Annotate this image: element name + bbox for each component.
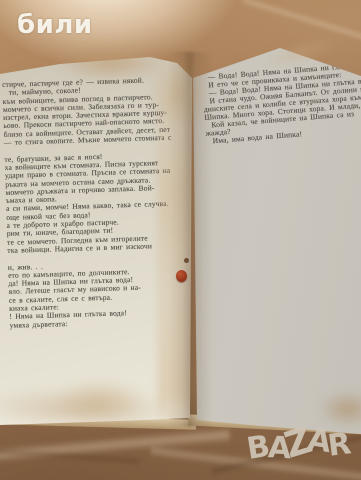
red-drop-stain: [176, 270, 187, 282]
book-photo: стирче, пастирче где е? — извика някой. …: [0, 0, 361, 480]
book-gutter-shadow: [168, 52, 212, 427]
small-dark-spot: [184, 258, 189, 263]
listing-title-fragment: били: [17, 10, 93, 40]
right-page-text: — Вода! Вода! Няма на Шипка ни глътка во…: [201, 58, 361, 146]
bazar-watermark: BAZAR: [246, 428, 350, 464]
watermark-letter: R: [327, 429, 352, 461]
